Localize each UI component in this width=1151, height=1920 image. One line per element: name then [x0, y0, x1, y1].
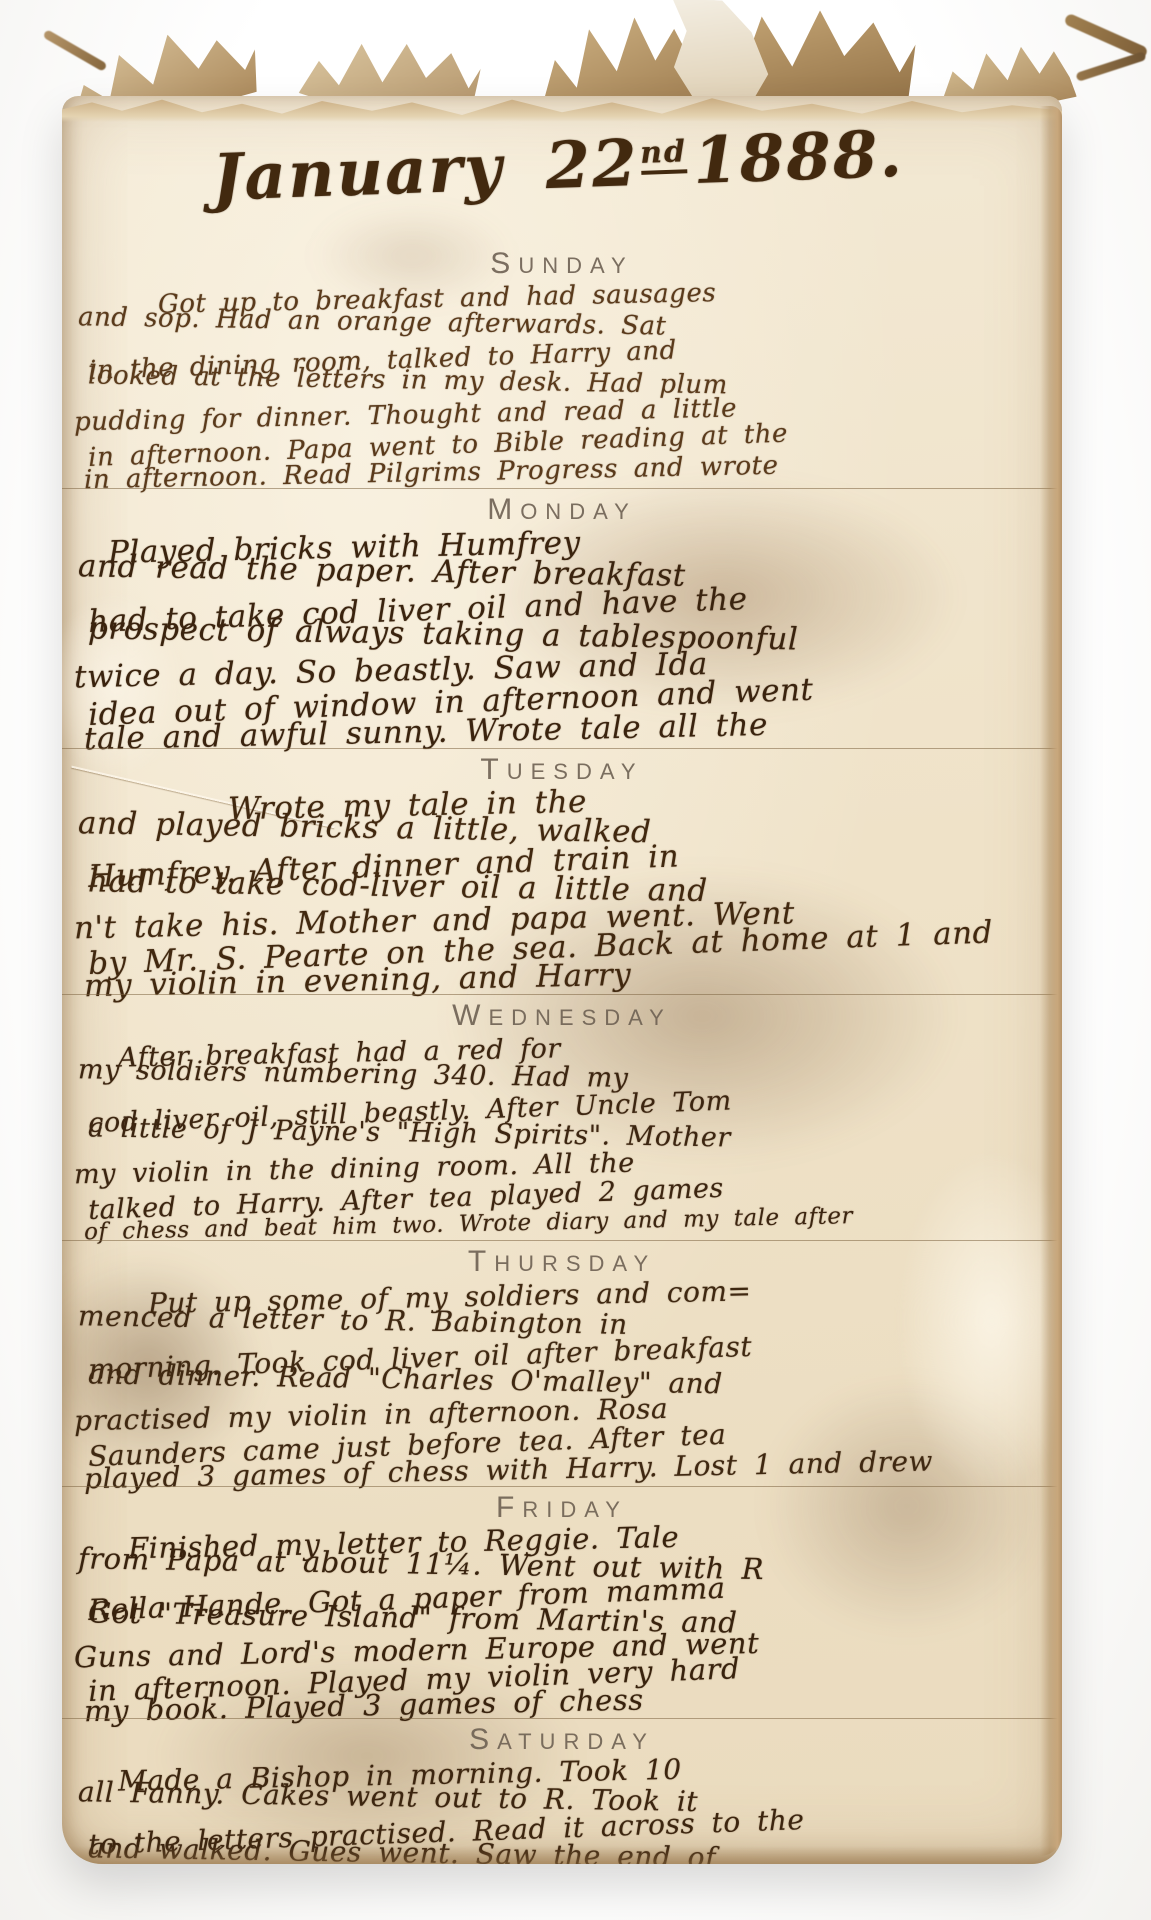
cover-bottom-edge: [70, 1846, 1056, 1864]
diary-entry-thursday: Put up some of my soldiers and com= menc…: [62, 1280, 1062, 1483]
diary-entry-wednesday: After breakfast had a red for my soldier…: [62, 1034, 1062, 1237]
date-title: January 22nd1888.: [211, 111, 1062, 216]
binding-twig: [42, 29, 107, 72]
binding-twig: [1075, 51, 1146, 82]
entry-section-saturday: Saturday Made a Bishop in morning. Took …: [62, 1718, 1062, 1864]
entry-section-friday: Friday Finished my letter to Reggie. Tal…: [62, 1486, 1062, 1718]
photo-background: { "diary": { "date_title": { "main": "Ja…: [0, 0, 1151, 1920]
date-title-ordinal: nd: [640, 134, 688, 175]
diary-entry-sunday: Got up to breakfast and had sausages and…: [62, 282, 1062, 485]
entry-section-thursday: Thursday Put up some of my soldiers and …: [62, 1240, 1062, 1486]
binding-twig: [1063, 13, 1148, 60]
entry-section-tuesday: Tuesday Wrote my tale in the and played …: [62, 748, 1062, 994]
diary-entry-tuesday: Wrote my tale in the and played bricks a…: [62, 788, 1062, 991]
diary-entry-friday: Finished my letter to Reggie. Tale from …: [62, 1526, 1062, 1715]
date-title-year: 1888.: [692, 117, 905, 199]
page-stack-edge: [1040, 106, 1062, 1856]
diary-entry-monday: Played bricks with Humfrey and read the …: [62, 528, 1062, 745]
entry-section-monday: Monday Played bricks with Humfrey and re…: [62, 488, 1062, 748]
diary-page: January 22nd1888. Sunday Got up to break…: [62, 96, 1062, 1864]
entry-section-wednesday: Wednesday After breakfast had a red for …: [62, 994, 1062, 1240]
entry-section-sunday: Sunday Got up to breakfast and had sausa…: [62, 243, 1062, 488]
date-title-day: January 22: [211, 126, 640, 216]
